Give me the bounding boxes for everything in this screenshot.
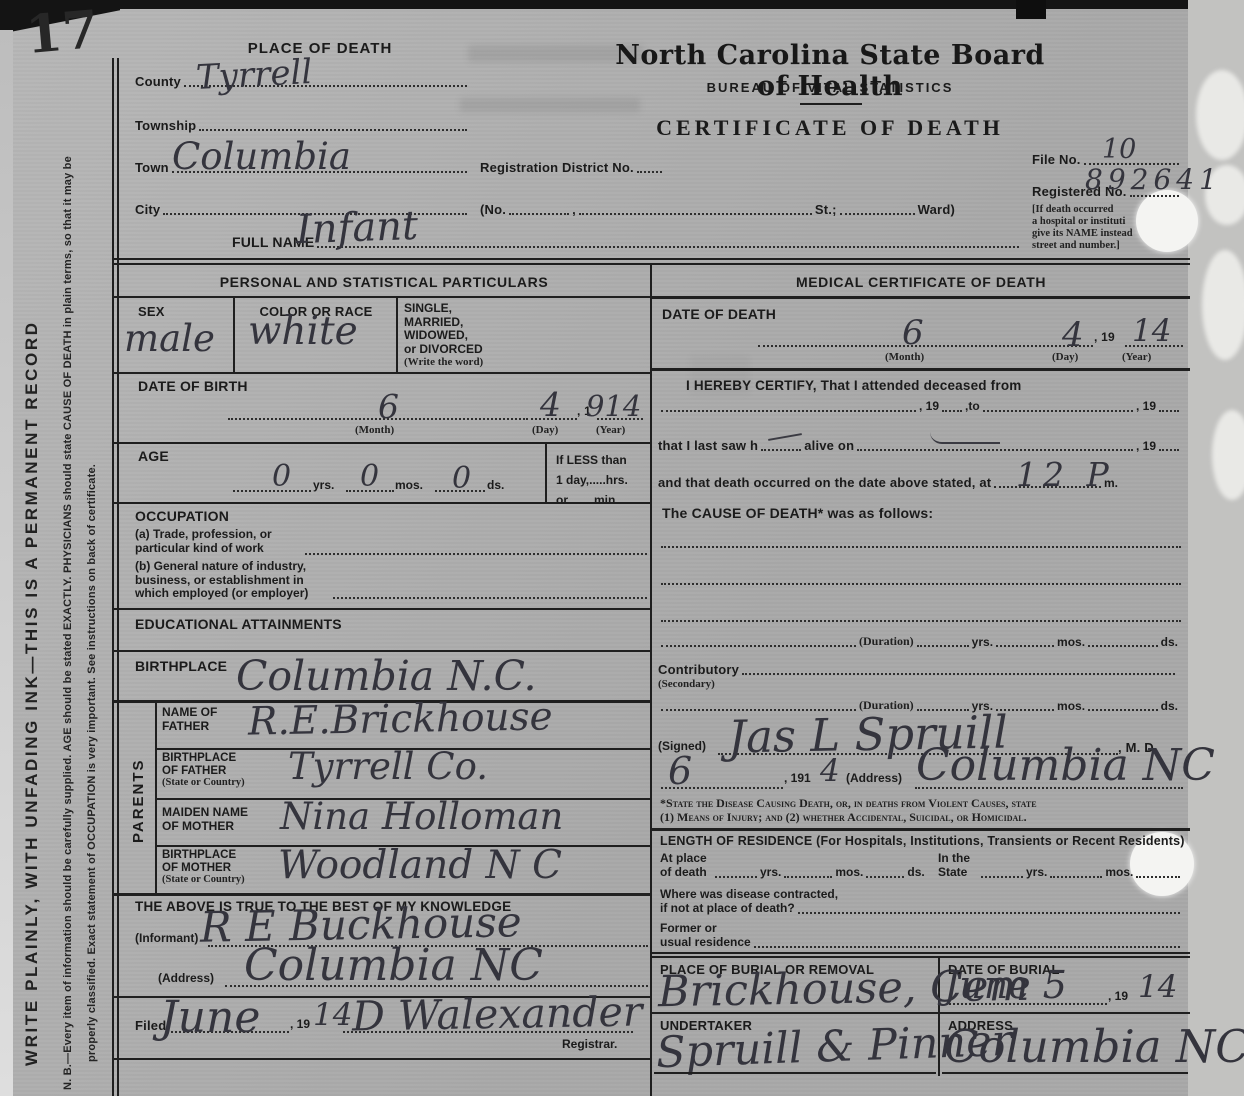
alive-on-line [857,448,1133,451]
informant-address-label: (Address) [158,972,214,986]
contracted-row: if not at place of death? [660,902,1183,916]
attended-from-line [661,409,916,412]
year-19: , 19 [1136,440,1156,454]
former-label: Former or [660,922,717,936]
dob-day-caption: (Day) [532,424,558,436]
contributory-line [742,672,1175,675]
page-number-stamp: 17 [23,0,100,66]
father-name-label: NAME OF FATHER [162,706,217,733]
street-name-line [579,212,812,215]
contracted-blank-line [798,911,1180,914]
age-yrs-value: 0 [272,462,291,492]
at-place-label: At place of death [660,852,707,879]
cause-of-death-label: The CAUSE OF DEATH* was as follows: [662,505,933,521]
occupation-b-blank [333,596,647,599]
contracted-line: Where was disease contracted, [660,888,838,902]
yrs-label: yrs. [760,866,781,880]
res-mos-line [784,875,832,878]
birthplace-value: Columbia N.C. [236,656,537,697]
cause-blank-line [661,619,1181,622]
sign-date-month-value: 6 [668,752,692,790]
margin-nb-line1: N. B.—Every item of information should b… [62,156,74,1090]
dod-month-line [758,344,1093,347]
registration-district-label: Registration District No. [480,160,634,175]
age-yrs-caption: yrs. [313,479,334,493]
dob-label: DATE OF BIRTH [138,378,248,394]
former-blank-line [754,945,1180,948]
rule [652,952,1190,954]
undertaker-underline [654,1072,936,1074]
state-ds-line [1136,875,1180,878]
town-label: Town [135,160,169,175]
alive-on-label: alive on [804,438,854,453]
medical-section-title: MEDICAL CERTIFICATE OF DEATH [652,274,1190,290]
torn-blob [1196,70,1244,160]
scan-left-edge [0,30,13,1096]
former-row: usual residence [660,936,1183,950]
rule [112,296,652,298]
last-saw-prefix: that I last saw h [658,438,758,453]
duration-ds-line [1088,644,1158,647]
hospital-note-line: street and number.] [1032,240,1184,252]
ds-label: ds. [907,866,924,880]
occupation-b-label: (b) General nature of industry, business… [135,560,308,601]
burial-date-value: June 5 [944,966,1067,1004]
hospital-note-line: [If death occurred [1032,204,1184,216]
rule [112,1058,652,1060]
marital-line: SINGLE, [404,302,483,316]
registration-district-line [637,170,662,173]
mother-name-line: MAIDEN NAME [162,806,248,820]
cell-divider [233,296,235,372]
file-no-label: File No. [1032,152,1081,167]
father-name-value: R.E.Brickhouse [248,697,553,741]
duration-ds-line [1088,708,1158,711]
column-divider [650,263,652,1096]
cell-divider [396,296,398,372]
education-label: EDUCATIONAL ATTAINMENTS [135,616,342,632]
township-row: Township [135,118,470,133]
in-the-line: In the [938,852,970,866]
occupation-label: OCCUPATION [135,508,229,524]
sex-value: male [124,320,215,357]
hw-dash-mark [930,432,1000,444]
rule [652,368,1190,371]
occupation-a-line: (a) Trade, profession, or [135,528,272,542]
ds-label: ds. [1161,636,1178,650]
town-value: Columbia [172,138,351,175]
duration-mos-line [996,644,1054,647]
rule [112,372,652,374]
personal-section-title: PERSONAL AND STATISTICAL PARTICULARS [118,274,650,290]
mother-name-line: OF MOTHER [162,820,248,834]
hospital-note-line: give its NAME instead [1032,228,1184,240]
dod-year-value: 14 [1132,316,1171,347]
mos-label: mos. [1057,700,1085,714]
sign-address-label: (Address) [846,772,902,786]
marital-label: SINGLE, MARRIED, WIDOWED, or DIVORCED (W… [404,302,483,370]
dod-month-value: 6 [902,316,924,350]
father-birthplace-line: (State or Country) [162,777,245,790]
if-less-line: or........min. [556,490,628,510]
father-name-line: FATHER [162,720,217,734]
informant-label: (Informant) [135,932,198,946]
age-ds-caption: ds. [487,479,504,493]
marital-line: WIDOWED, [404,329,483,343]
undertaker-address-underline [942,1072,1188,1074]
mother-birthplace-line: OF MOTHER [162,862,245,875]
bureau-subtitle: BUREAU OF VITAL STATISTICS [610,80,1050,95]
h-blank-line [761,448,801,451]
scan-top-edge [0,0,1244,9]
state-yrs-line [981,875,1023,878]
ds-label: ds. [1161,700,1178,714]
burial-date-year-prefix: , 19 [1108,990,1128,1004]
cause-blank-line [661,545,1181,548]
registrar-label: Registrar. [562,1038,617,1052]
duration-label: (Duration) [859,634,914,649]
filed-year-value: 14 [313,1000,352,1031]
birthplace-label: BIRTHPLACE [135,658,227,674]
township-label: Township [135,118,196,133]
informant-address-value: Columbia NC [244,944,543,988]
street-ward-label: Ward) [918,202,955,217]
mother-birthplace-line: (State or Country) [162,874,245,887]
last-saw-row: that I last saw h alive on , 19 [658,438,1182,453]
table-top-rule [112,258,1190,260]
contributory-row: Contributory [658,662,1178,677]
burial-date-year-value: 14 [1138,972,1177,1003]
contracted-label: Where was disease contracted, [660,888,838,902]
in-state-values-row: yrs. mos. [978,866,1183,880]
form-left-rule [112,58,114,1096]
parents-divider [155,700,157,893]
street-no-label: (No. [480,202,506,217]
state-mos-line [1050,875,1102,878]
registered-no-value: 892641 [1085,166,1222,194]
form-left-rule [117,58,119,1096]
sign-address-value: Columbia NC [916,744,1215,788]
mother-name-value: Nina Holloman [280,798,563,835]
dod-year-prefix: , 19 [1094,330,1115,344]
at-place-values-row: yrs. mos. ds. [712,866,930,880]
dob-year-caption: (Year) [596,424,625,436]
former-line: Former or [660,922,717,936]
if-less-line: If LESS than [556,450,628,470]
occupation-b-line: (b) General nature of industry, [135,560,308,574]
rule [112,608,652,610]
duration-row-primary: (Duration) yrs. mos. ds. [658,634,1178,649]
occupation-b-line: which employed (or employer) [135,587,308,601]
father-birthplace-line: BIRTHPLACE [162,752,245,765]
occupation-a-line: particular kind of work [135,542,272,556]
res-yrs-line [715,875,757,878]
county-value: Tyrrell [195,55,313,95]
filed-month-value: June [160,996,260,1040]
yrs-label: yrs. [972,636,993,650]
hospital-note-line: a hospital or instituti [1032,216,1184,228]
year-line [942,409,962,412]
marital-hint: (Write the word) [404,356,483,370]
dob-day-value: 4 [540,388,561,421]
death-time-value: 12 P [1016,458,1115,491]
color-race-value: white [248,312,358,351]
at-place-line: of death [660,866,707,880]
year-line [1159,409,1179,412]
mother-birthplace-value: Woodland N C [278,846,562,885]
occupation-a-label: (a) Trade, profession, or particular kin… [135,528,272,555]
mother-birthplace-line: BIRTHPLACE [162,849,245,862]
age-mos-value: 0 [360,462,379,492]
year-19: , 19 [1136,400,1156,414]
cause-blank-line [661,582,1181,585]
mos-label: mos. [1105,866,1133,880]
occupation-b-line: business, or establishment in [135,574,308,588]
contributory-label: Contributory [658,662,739,677]
torn-blob [1212,410,1244,500]
full-name-line [317,245,1019,248]
attended-dates-row: , 19 , to , 19 [658,400,1182,414]
county-label: County [135,74,181,89]
certificate-title: CERTIFICATE OF DEATH [610,115,1050,141]
parents-label: PARENTS [130,758,147,843]
rule [652,828,1190,831]
footnote-line: (1) Means of Injury; and (2) whether Acc… [660,810,1186,824]
res-ds-line [866,875,904,878]
city-label: City [135,202,160,217]
full-name-value: Infant [295,206,418,250]
duration-yrs-line [917,644,969,647]
rule [112,893,652,896]
marital-line: or DIVORCED [404,343,483,357]
year-19: , 19 [919,400,939,414]
bureau-underline [800,103,862,105]
in-the-state-label: In the State [938,852,970,879]
contracted-line2: if not at place of death? [660,902,795,916]
rule [652,956,1190,958]
to-label: to [968,400,979,414]
attended-to-line [983,409,1133,412]
mos-label: mos. [1057,636,1085,650]
street-row: (No., St.;Ward) [480,202,955,217]
death-certificate-scan: 17 WRITE PLAINLY, WITH UNFADING INK—THIS… [0,0,1244,1096]
registrar-signature: D Walexander [352,991,643,1037]
margin-nb-line2: properly classified. Exact statement of … [86,464,98,1062]
cause-footnote: *State the Disease Causing Death, or, in… [660,796,1186,824]
rule [112,502,652,504]
father-birthplace-value: Tyrrell Co. [288,748,488,785]
dod-label: DATE OF DEATH [662,306,776,322]
file-no-value: 10 [1102,136,1136,163]
registration-district-row: Registration District No. [480,160,665,175]
dob-month-value: 6 [378,390,399,423]
age-mos-caption: mos. [395,479,423,493]
mother-name-label: MAIDEN NAME OF MOTHER [162,806,248,833]
sign-date-year-prefix: , 191 [784,772,811,786]
age-label: AGE [138,448,169,464]
cell-divider [545,442,547,502]
father-name-line: NAME OF [162,706,217,720]
certify-line: I HEREBY CERTIFY, That I attended deceas… [686,378,1021,393]
rule [652,296,1190,299]
secondary-label: (Secondary) [658,678,715,690]
occupation-a-blank [305,552,647,555]
dob-year-value: 914 [586,392,641,421]
father-birthplace-label: BIRTHPLACE OF FATHER (State or Country) [162,752,245,790]
township-line [199,128,467,131]
dod-year-caption: (Year) [1122,351,1151,363]
if-less-box: If LESS than 1 day,.....hrs. or........m… [556,450,628,510]
yrs-label: yrs. [1026,866,1047,880]
rule [112,442,652,444]
hospital-note: [If death occurred a hospital or institu… [1032,204,1184,252]
mos-label: mos. [835,866,863,880]
at-place-line: At place [660,852,707,866]
dod-day-value: 4 [1062,318,1084,352]
sign-date-year-value: 4 [820,756,840,787]
death-occurred-text: and that death occurred on the date abov… [658,475,991,490]
father-birthplace-line: OF FATHER [162,765,245,778]
residence-title: LENGTH OF RESIDENCE (For Hospitals, Inst… [660,834,1185,848]
duration-lead-line [661,644,856,647]
filed-year-prefix: , 19 [290,1018,310,1032]
former-line2: usual residence [660,936,751,950]
scan-top-tab [1016,0,1046,19]
undertaker-address-value: Columbia NC [944,1024,1244,1069]
mother-birthplace-label: BIRTHPLACE OF MOTHER (State or Country) [162,849,245,887]
street-no-line [509,212,569,215]
marital-line: MARRIED, [404,316,483,330]
torn-blob [1202,250,1244,360]
in-the-line: State [938,866,970,880]
margin-write-plainly: WRITE PLAINLY, WITH UNFADING INK—THIS IS… [22,320,42,1066]
year-line [1159,448,1179,451]
age-ds-value: 0 [452,464,471,494]
if-less-line: 1 day,.....hrs. [556,470,628,490]
footnote-line: *State the Disease Causing Death, or, in… [660,796,1186,810]
street-ward-line [840,212,915,215]
street-st-label: St.; [815,202,837,217]
